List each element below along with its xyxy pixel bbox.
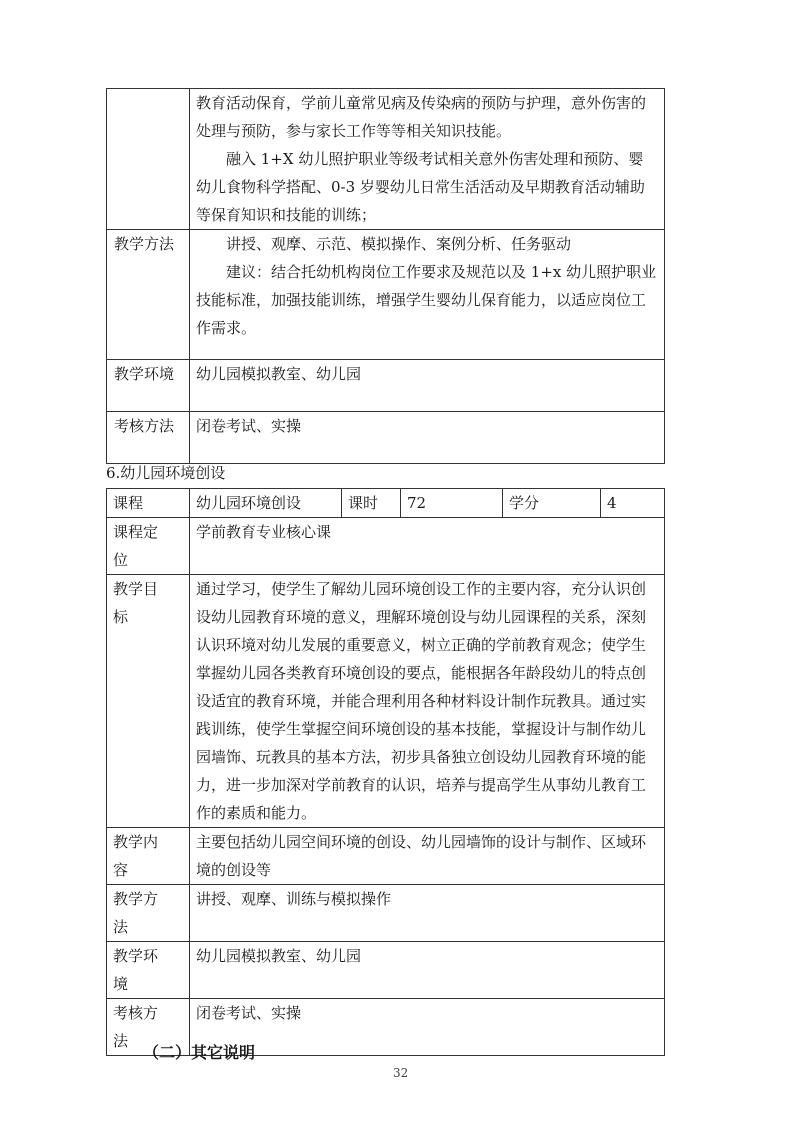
course-table-continued: 教育活动保育，学前儿童常见病及传染病的预防与护理，意外伤害的处理与预防，参与家长… [106, 88, 665, 464]
table-row: 教育活动保育，学前儿童常见病及传染病的预防与护理，意外伤害的处理与预防，参与家长… [107, 89, 665, 230]
row-content: 闭卷考试、实操 [190, 999, 665, 1056]
row-label: 教学内容 [107, 828, 190, 885]
table-row: 考核方法 闭卷考试、实操 [107, 412, 665, 464]
row-content: 讲授、观摩、示范、模拟操作、案例分析、任务驱动 建议：结合托幼机构岗位工作要求及… [190, 230, 665, 360]
table-row: 课程定位 学前教育专业核心课 [107, 518, 665, 575]
row-content: 幼儿园模拟教室、幼儿园 [190, 360, 665, 412]
credits-label: 学分 [503, 489, 601, 518]
table-row: 教学方法 讲授、观摩、训练与模拟操作 [107, 885, 665, 942]
row-label: 考核方法 [107, 412, 190, 464]
row-label: 教学目标 [107, 575, 190, 828]
table-row: 教学环境 幼儿园模拟教室、幼儿园 [107, 360, 665, 412]
hours-label: 课时 [342, 489, 401, 518]
row-content: 讲授、观摩、训练与模拟操作 [190, 885, 665, 942]
row-label: 教学环境 [107, 942, 190, 999]
table-row: 教学内容 主要包括幼儿园空间环境的创设、幼儿园墙饰的设计与制作、区域环境的创设等 [107, 828, 665, 885]
row-content: 闭卷考试、实操 [190, 412, 665, 464]
table-row: 教学环境 幼儿园模拟教室、幼儿园 [107, 942, 665, 999]
row-label [107, 89, 190, 230]
paragraph: 融入 1+X 幼儿照护职业等级考试相关意外伤害处理和预防、婴幼儿食物科学搭配、0… [196, 145, 658, 229]
credits-value: 4 [601, 489, 665, 518]
row-content: 幼儿园模拟教室、幼儿园 [190, 942, 665, 999]
paragraph: 建议：结合托幼机构岗位工作要求及规范以及 1+x 幼儿照护职业技能标准，加强技能… [196, 258, 658, 342]
table-row: 教学目标 通过学习，使学生了解幼儿园环境创设工作的主要内容，充分认识创设幼儿园教… [107, 575, 665, 828]
course-label: 课程 [107, 489, 190, 518]
row-content: 学前教育专业核心课 [190, 518, 665, 575]
row-label: 课程定位 [107, 518, 190, 575]
row-content: 主要包括幼儿园空间环境的创设、幼儿园墙饰的设计与制作、区域环境的创设等 [190, 828, 665, 885]
paragraph: 讲授、观摩、示范、模拟操作、案例分析、任务驱动 [196, 230, 658, 258]
course-table-environment: 课程 幼儿园环境创设 课时 72 学分 4 课程定位 学前教育专业核心课 教学目… [106, 488, 665, 1056]
row-content: 教育活动保育，学前儿童常见病及传染病的预防与护理，意外伤害的处理与预防，参与家长… [190, 89, 665, 230]
paragraph: 教育活动保育，学前儿童常见病及传染病的预防与护理，意外伤害的处理与预防，参与家长… [196, 89, 658, 145]
course-name: 幼儿园环境创设 [190, 489, 342, 518]
page-number: 32 [393, 1066, 408, 1080]
row-label: 教学方法 [107, 230, 190, 360]
table-header-row: 课程 幼儿园环境创设 课时 72 学分 4 [107, 489, 665, 518]
section-heading: （二）其它说明 [143, 1040, 255, 1063]
row-content: 通过学习，使学生了解幼儿园环境创设工作的主要内容，充分认识创设幼儿园教育环境的意… [190, 575, 665, 828]
hours-value: 72 [401, 489, 503, 518]
row-label: 教学环境 [107, 360, 190, 412]
table-row: 教学方法 讲授、观摩、示范、模拟操作、案例分析、任务驱动 建议：结合托幼机构岗位… [107, 230, 665, 360]
course-heading: 6.幼儿园环境创设 [106, 462, 225, 484]
row-label: 教学方法 [107, 885, 190, 942]
